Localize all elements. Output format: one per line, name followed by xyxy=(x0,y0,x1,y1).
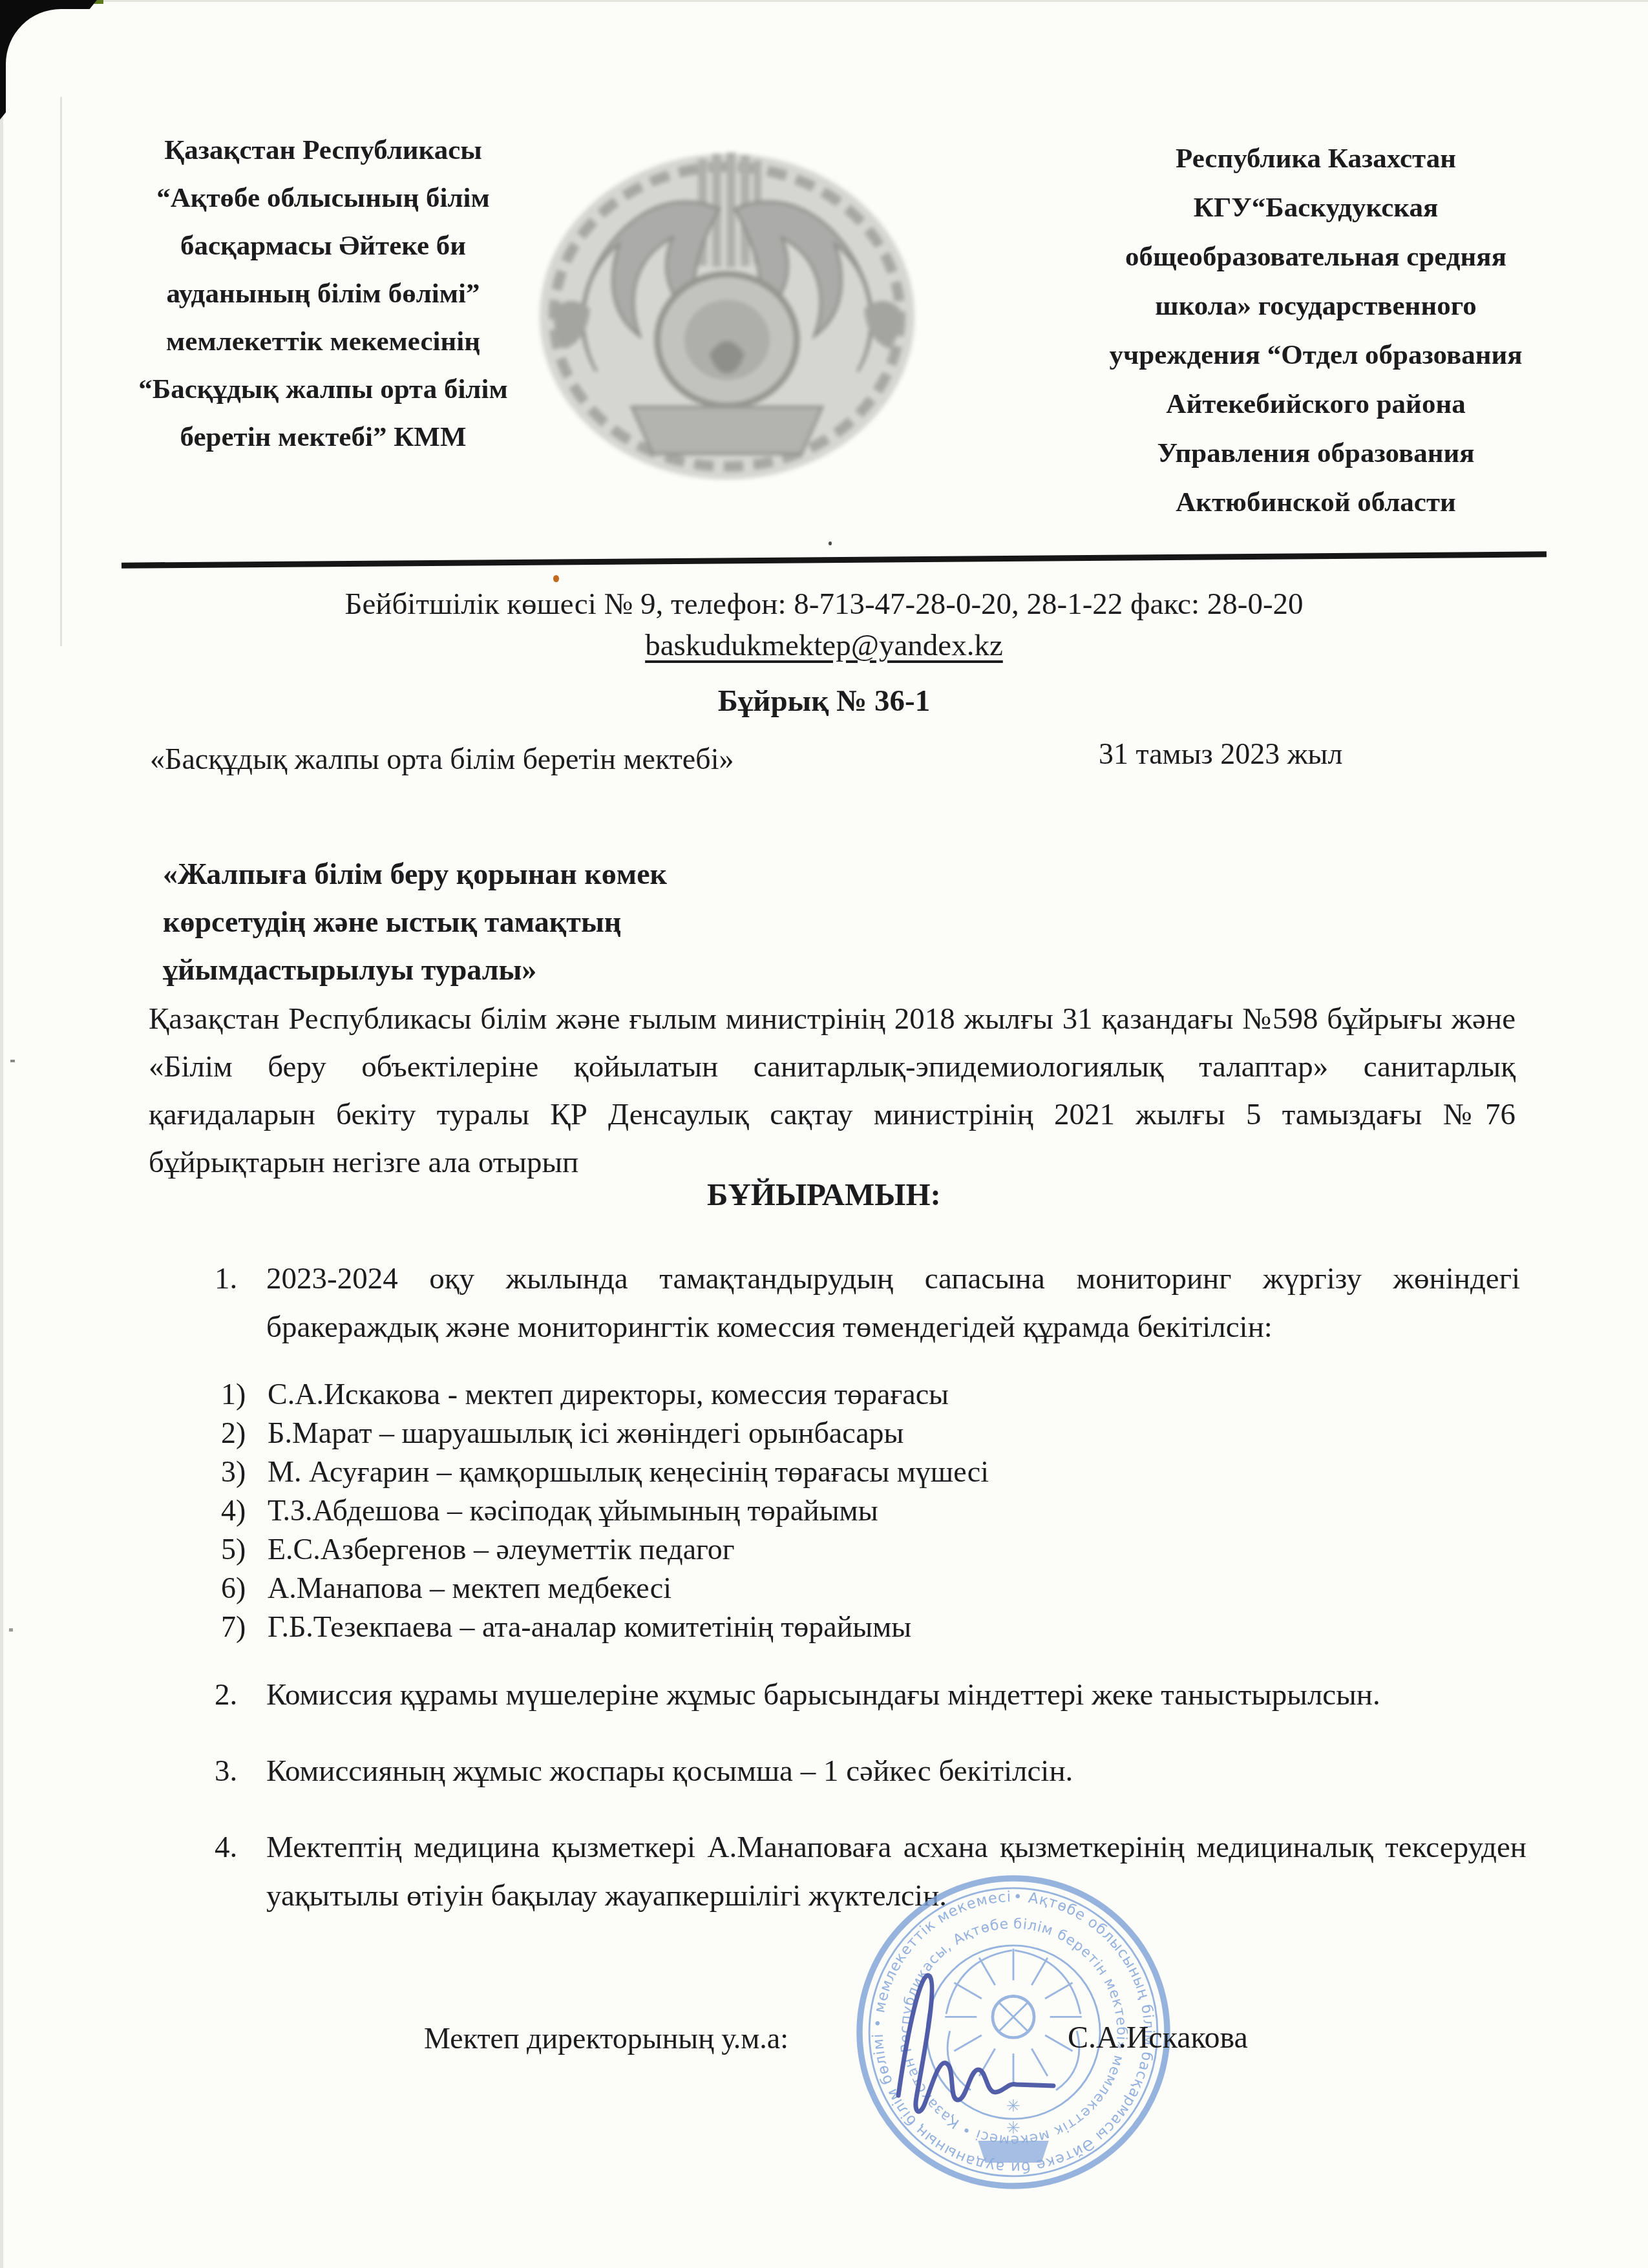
order-item: 1. 2023-2024 оқу жылында тамақтандырудың… xyxy=(215,1255,1520,1352)
item-text: Комиссия құрамы мүшелеріне жұмыс барысын… xyxy=(266,1671,1546,1719)
item-number: 3. xyxy=(215,1747,266,1796)
item-number: 2) xyxy=(221,1414,268,1453)
item-number: 5) xyxy=(221,1530,268,1569)
item-text: Г.Б.Тезекпаева – ата-аналар комитетінің … xyxy=(268,1608,911,1646)
stamp-banner xyxy=(978,2141,1049,2163)
order-item: 2. Комиссия құрамы мүшелеріне жұмыс бары… xyxy=(215,1671,1546,1719)
order-subject: «Жалпыға білім беру қорынан көмек көрсет… xyxy=(163,850,745,994)
letterhead-russian: Республика Казахстан КГУ“Баскудукская об… xyxy=(1031,134,1600,527)
item-number: 1) xyxy=(221,1375,268,1414)
scan-edge-top xyxy=(0,0,1648,2)
item-text: Е.С.Азбергенов – әлеуметтік педагог xyxy=(268,1530,735,1569)
item-text: Т.З.Абдешова – кәсіподақ ұйымының төрайы… xyxy=(268,1491,878,1530)
divider-rule xyxy=(121,551,1547,568)
item-number: 3) xyxy=(221,1453,268,1491)
list-item: 2) Б.Марат – шаруашылық ісі жөніндегі ор… xyxy=(221,1414,1514,1453)
email-text: baskudukmektep@yandex.kz xyxy=(645,629,1003,662)
item-text: М. Асуғарин – қамқоршылық кеңесінің төра… xyxy=(268,1453,989,1491)
order-number: Бұйрық № 36-1 xyxy=(0,684,1648,719)
item-text: Комиссияның жұмыс жоспары қосымша – 1 сә… xyxy=(266,1747,1546,1796)
email-line: baskudukmektep@yandex.kz xyxy=(0,628,1648,663)
signature-label: Мектеп директорының у.м.а: xyxy=(424,2021,788,2055)
address-line: Бейбітшілік көшесі № 9, телефон: 8-713-4… xyxy=(0,587,1648,622)
item-number: 4. xyxy=(215,1823,266,1920)
scan-speck xyxy=(9,1628,13,1632)
kazakhstan-coat-of-arms-icon xyxy=(535,147,919,487)
list-item: 3) М. Асуғарин – қамқоршылық кеңесінің т… xyxy=(221,1453,1514,1491)
list-item: 4) Т.З.Абдешова – кәсіподақ ұйымының төр… xyxy=(221,1491,1514,1530)
item-number: 1. xyxy=(215,1255,266,1352)
letterhead-kazakh: Қазақстан Республикасы “Ақтөбе облысының… xyxy=(97,127,549,461)
item-number: 7) xyxy=(221,1608,268,1646)
signature-name: С.А.Искакова xyxy=(1068,2020,1248,2055)
list-item: 5) Е.С.Азбергенов – әлеуметтік педагог xyxy=(221,1530,1514,1569)
item-number: 2. xyxy=(215,1671,266,1719)
item-number: 4) xyxy=(221,1491,268,1530)
item-text: С.А.Искакова - мектеп директоры, комесси… xyxy=(268,1375,949,1414)
scan-speck xyxy=(829,541,832,545)
list-item: 7) Г.Б.Тезекпаева – ата-аналар комитетін… xyxy=(221,1608,1514,1646)
item-text: А.Манапова – мектеп медбекесі xyxy=(268,1569,671,1608)
order-date: 31 тамыз 2023 жыл xyxy=(1099,737,1342,771)
item-text: 2023-2024 оқу жылында тамақтандырудың са… xyxy=(266,1255,1520,1352)
item-number: 6) xyxy=(221,1569,268,1608)
commission-list: 1) С.А.Искакова - мектеп директоры, коме… xyxy=(221,1375,1514,1646)
list-item: 6) А.Манапова – мектеп медбекесі xyxy=(221,1569,1514,1608)
scan-speck xyxy=(10,1060,15,1062)
resolve-heading: БҰЙЫРАМЫН: xyxy=(0,1176,1648,1213)
scan-speck xyxy=(553,575,559,582)
scan-edge-left xyxy=(0,0,3,2268)
school-name-line: «Басқұдық жалпы орта білім беретін мекте… xyxy=(150,742,734,776)
scanned-order-document: Қазақстан Республикасы “Ақтөбе облысының… xyxy=(0,0,1648,2268)
handwritten-signature xyxy=(860,1931,1092,2144)
item-text: Б.Марат – шаруашылық ісі жөніндегі орынб… xyxy=(268,1414,904,1453)
list-item: 1) С.А.Искакова - мектеп директоры, коме… xyxy=(221,1375,1514,1414)
order-item: 3. Комиссияның жұмыс жоспары қосымша – 1… xyxy=(215,1747,1546,1796)
scan-crease-line xyxy=(60,97,62,646)
order-preamble: Қазақстан Республикасы білім және ғылым … xyxy=(149,995,1516,1186)
